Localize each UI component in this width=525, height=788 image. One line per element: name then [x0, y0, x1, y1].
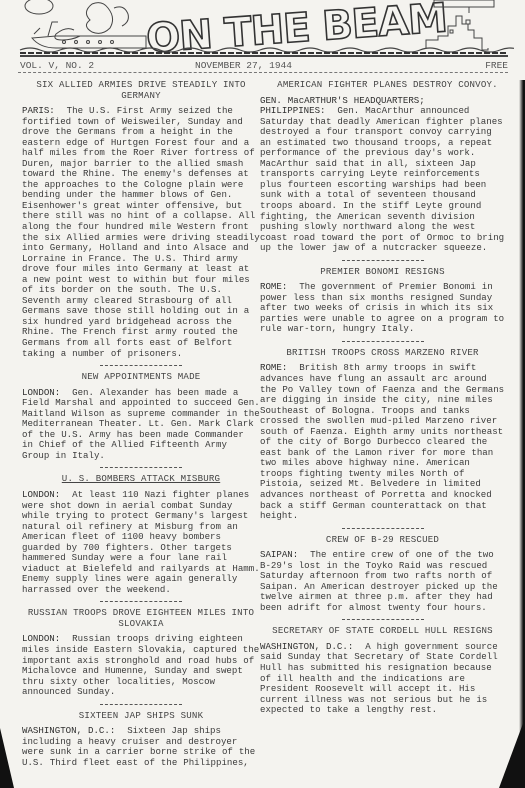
- article-crew-rescued: CREW OF B-29 RESCUED SAIPAN: The entire …: [260, 535, 505, 614]
- article-separator: [100, 704, 182, 705]
- article-headline: NEW APPOINTMENTS MADE: [22, 372, 260, 383]
- masthead-illustration: ON THE BEAM: [14, 0, 514, 56]
- info-rule: [18, 72, 508, 73]
- article-dateline: WASHINGTON, D.C.:: [22, 725, 115, 736]
- article-headline: CREW OF B-29 RESCUED: [260, 535, 505, 546]
- article-headline: U. S. BOMBERS ATTACK MISBURG: [22, 474, 260, 485]
- masthead: ON THE BEAM: [14, 0, 514, 56]
- article-dateline: ROME:: [260, 362, 287, 373]
- article-body: WASHINGTON, D.C.: A high government sour…: [260, 642, 505, 716]
- article-headline: SIXTEEN JAP SHIPS SUNK: [22, 711, 260, 722]
- article-separator: [100, 467, 182, 468]
- article-headline: AMERICAN FIGHTER PLANES DESTROY CONVOY.: [260, 80, 505, 91]
- article-dateline: LONDON:: [22, 387, 60, 398]
- article-separator: [100, 365, 182, 366]
- volume-number: VOL. V, NO. 2: [20, 60, 94, 71]
- article-dateline: LONDON:: [22, 633, 60, 644]
- article-british-cross-river: BRITISH TROOPS CROSS MARZENO RIVER ROME:…: [260, 348, 505, 522]
- article-separator: [342, 619, 424, 620]
- article-headline: RUSSIAN TROOPS DROVE EIGHTEEN MILES INTO…: [22, 608, 260, 629]
- article-separator: [100, 601, 182, 602]
- article-headline: SECRETARY OF STATE CORDELL HULL RESIGNS: [260, 626, 505, 637]
- left-column: SIX ALLIED ARMIES DRIVE STEADILY INTO GE…: [22, 80, 260, 772]
- article-body: GEN. MacARTHUR'S HEADQUARTERS; PHILIPPIN…: [260, 96, 505, 254]
- article-bonomi-resigns: PREMIER BONOMI RESIGNS ROME: The governm…: [260, 267, 505, 335]
- article-dateline: LONDON:: [22, 489, 60, 500]
- article-body: SAIPAN: The entire crew of one of the tw…: [260, 550, 505, 613]
- article-fighter-planes-convoy: AMERICAN FIGHTER PLANES DESTROY CONVOY. …: [260, 80, 505, 254]
- article-headline: BRITISH TROOPS CROSS MARZENO RIVER: [260, 348, 505, 359]
- price-label: FREE: [485, 60, 508, 71]
- article-six-allied-armies: SIX ALLIED ARMIES DRIVE STEADILY INTO GE…: [22, 80, 260, 359]
- article-bombers-attack-misburg: U. S. BOMBERS ATTACK MISBURG LONDON: At …: [22, 474, 260, 595]
- article-separator: [342, 528, 424, 529]
- issue-date: NOVEMBER 27, 1944: [195, 60, 292, 71]
- article-dateline: ROME:: [260, 281, 287, 292]
- article-hull-resigns: SECRETARY OF STATE CORDELL HULL RESIGNS …: [260, 626, 505, 715]
- article-headline: SIX ALLIED ARMIES DRIVE STEADILY INTO GE…: [22, 80, 260, 101]
- article-dateline: PARIS:: [22, 105, 55, 116]
- scan-corner-shadow: [0, 728, 14, 788]
- article-separator: [342, 260, 424, 261]
- article-russian-troops: RUSSIAN TROOPS DROVE EIGHTEEN MILES INTO…: [22, 608, 260, 697]
- article-jap-ships-sunk: SIXTEEN JAP SHIPS SUNK WASHINGTON, D.C.:…: [22, 711, 260, 769]
- ship-icon: [32, 22, 146, 48]
- article-body: ROME: British 8th army troops in swift a…: [260, 363, 505, 521]
- newspaper-page: ON THE BEAM VOL. V, NO. 2 NOVEMBER 27, 1…: [0, 0, 525, 788]
- masthead-rule: [20, 55, 508, 57]
- right-column: AMERICAN FIGHTER PLANES DESTROY CONVOY. …: [260, 80, 505, 720]
- article-body: LONDON: Gen. Alexander has been made a F…: [22, 388, 260, 462]
- cartoon-figure-icon: [25, 0, 128, 40]
- article-dateline: SAIPAN:: [260, 549, 298, 560]
- article-new-appointments: NEW APPOINTMENTS MADE LONDON: Gen. Alexa…: [22, 372, 260, 461]
- article-dateline: WASHINGTON, D.C.:: [260, 641, 353, 652]
- article-body: ROME: The government of Premier Bonomi i…: [260, 282, 505, 335]
- scan-corner-shadow: [499, 718, 525, 788]
- article-body: WASHINGTON, D.C.: Sixteen Jap ships incl…: [22, 726, 260, 768]
- article-headline: PREMIER BONOMI RESIGNS: [260, 267, 505, 278]
- article-body: LONDON: At least 110 Nazi fighter planes…: [22, 490, 260, 595]
- article-separator: [342, 341, 424, 342]
- article-body: LONDON: Russian troops driving eighteen …: [22, 634, 260, 697]
- article-body: PARIS: The U.S. First Army seized the fo…: [22, 106, 260, 359]
- scan-edge-shadow: [519, 80, 525, 788]
